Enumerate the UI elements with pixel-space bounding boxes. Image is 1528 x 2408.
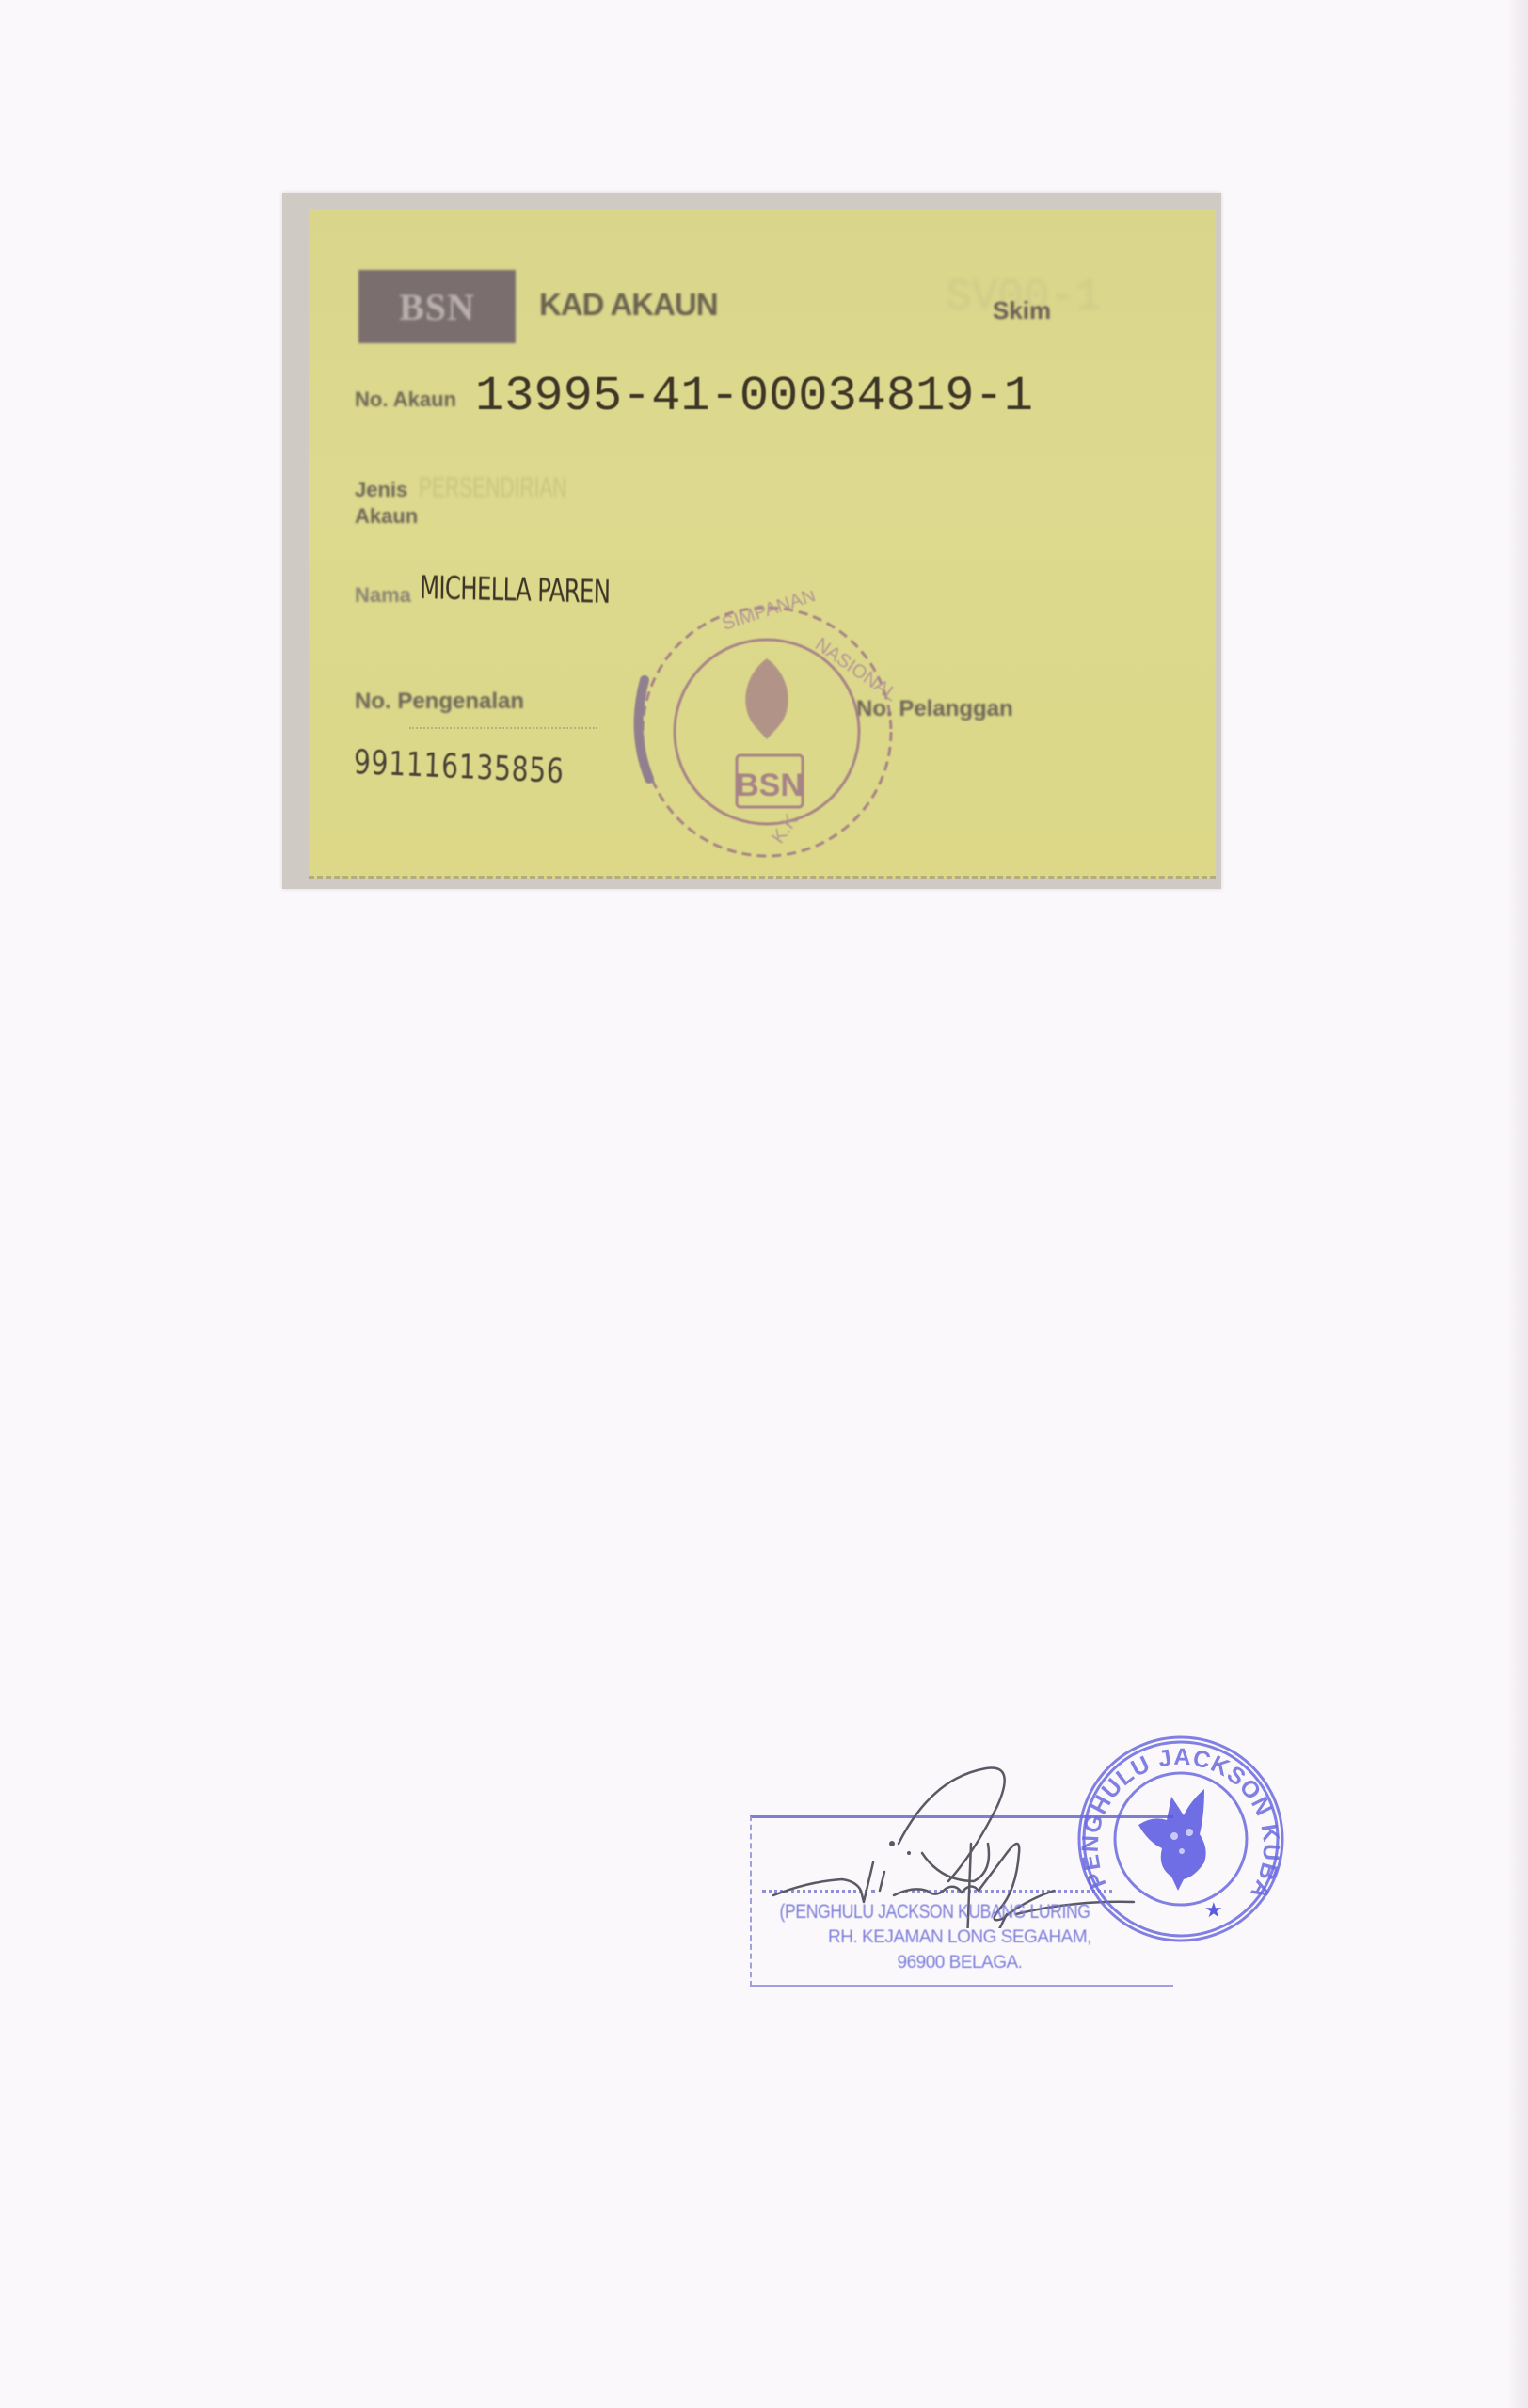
page-edge: [1507, 0, 1528, 2408]
account-number-label: No. Akaun: [355, 388, 456, 412]
card-title: KAD AKAUN: [539, 287, 718, 323]
bsn-logo: BSN: [358, 270, 516, 343]
name-label: Nama: [355, 583, 411, 608]
svg-text:K.K.: K.K.: [768, 806, 805, 848]
account-type-label-line2: Akaun: [355, 503, 418, 530]
stamp-center-text: BSN: [736, 768, 804, 803]
account-type-label-line1: Jenis: [355, 477, 418, 503]
penghulu-seal-icon: PENGHULU JACKSON KUBANG LURING ★: [1073, 1731, 1289, 1947]
account-number: 13995-41-00034819-1: [475, 369, 1033, 424]
account-type-value: PERSENDIRIAN: [419, 472, 567, 504]
skim-label: Skim: [993, 296, 1051, 325]
name-value: MICHELLA PAREN: [420, 569, 611, 611]
seal-star-icon: ★: [1204, 1898, 1223, 1922]
ic-underline: [409, 727, 597, 729]
ic-number-label: No. Pengenalan: [355, 689, 524, 715]
stamp-line-postcode: 96900 BELAGA.: [753, 1953, 1167, 1973]
bsn-round-stamp-icon: BSN SIMPANAN NASIONAL K.K.: [626, 591, 899, 863]
account-type-label: Jenis Akaun: [355, 477, 418, 530]
